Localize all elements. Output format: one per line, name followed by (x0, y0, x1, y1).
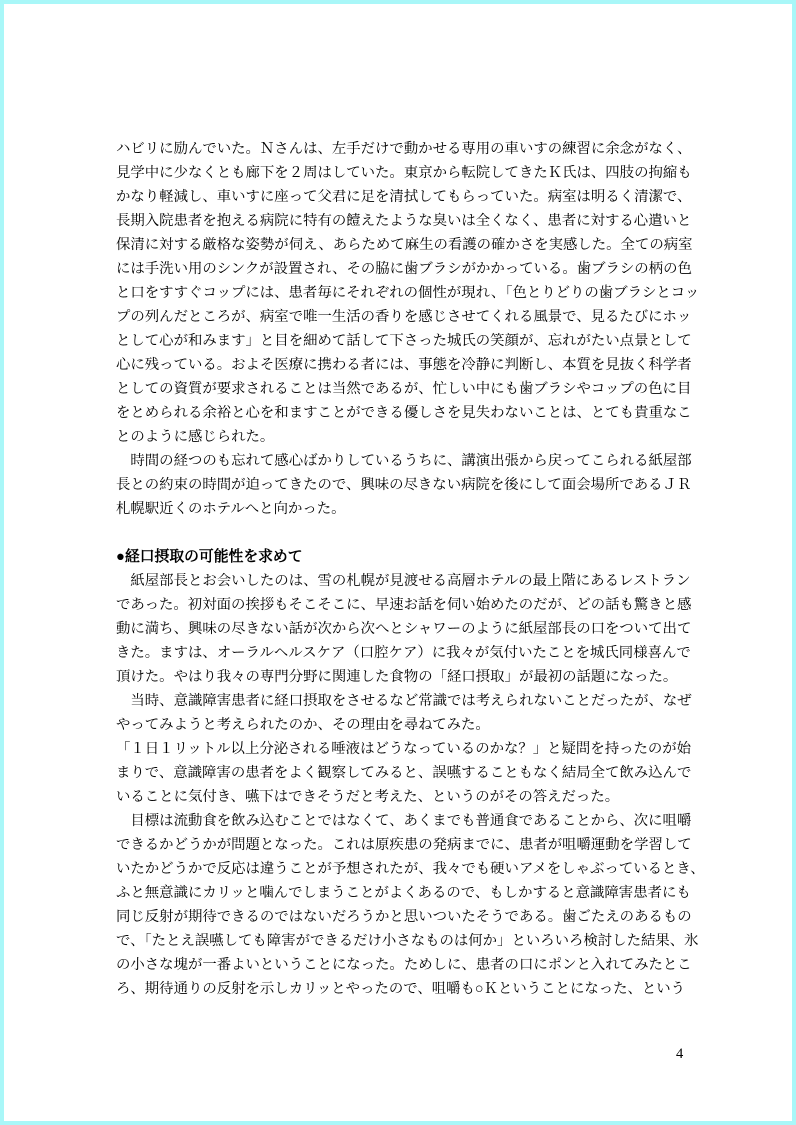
text-line: には手洗い用のシンクが設置され、その脇に歯ブラシがかかっている。歯ブラシの柄の色 (116, 257, 696, 281)
body-text-part1: ハビリに励んでいた。Ｎさんは、左手だけで動かせる専用の車いすの練習に余念がなく、… (116, 137, 696, 521)
section-heading: ●経口摂取の可能性を求めて (116, 545, 696, 569)
blank-line (116, 521, 696, 545)
text-line: 「１日１リットル以上分泌される唾液はどうなっているのかな？」と疑問を持ったのが始 (116, 737, 696, 761)
text-line: 保清に対する厳格な姿勢が伺え、あらためて麻生の看護の確かさを実感した。全ての病室 (116, 233, 696, 257)
text-line: をとめられる余裕と心を和ますことができる優しさを見失わないことは、とても貴重なこ (116, 401, 696, 425)
text-line: ろ、期待通りの反射を示しカリッとやったので、咀嚼も○Ｋということになった、という (116, 977, 696, 1001)
text-line: ハビリに励んでいた。Ｎさんは、左手だけで動かせる専用の車いすの練習に余念がなく、 (116, 137, 696, 161)
text-line: で、「たとえ誤嚥しても障害ができるだけ小さなものは何か」といろいろ検討した結果、… (116, 929, 696, 953)
document-page: ハビリに励んでいた。Ｎさんは、左手だけで動かせる専用の車いすの練習に余念がなく、… (0, 0, 796, 1125)
text-line: いたかどうかで反応は違うことが予想されたが、我々でも硬いアメをしゃぶっているとき… (116, 857, 696, 881)
text-line: ふと無意識にカリッと噛んでしまうことがよくあるので、もしかすると意識障害患者にも (116, 881, 696, 905)
text-line: 時間の経つのも忘れて感心ばかりしているうちに、講演出張から戻ってこられる紙屋部 (116, 449, 696, 473)
text-line: 長期入院患者を抱える病院に特有の饐えたような臭いは全くなく、患者に対する心遣いと (116, 209, 696, 233)
text-line: 動に満ち、興味の尽きない話が次から次へとシャワーのように紙屋部長の口をついて出て (116, 617, 696, 641)
text-line: やってみようと考えられたのか、その理由を尋ねてみた。 (116, 713, 696, 737)
text-line: まりで、意識障害の患者をよく観察してみると、誤嚥することもなく結局全て飲み込んで (116, 761, 696, 785)
text-line: 札幌駅近くのホテルへと向かった。 (116, 497, 696, 521)
text-line: 心に残っている。およそ医療に携わる者には、事態を冷静に判断し、本質を見抜く科学者 (116, 353, 696, 377)
text-line: 当時、意識障害患者に経口摂取をさせるなど常識では考えられないことだったが、なぜ (116, 689, 696, 713)
text-line: いることに気付き、嚥下はできそうだと考えた、というのがその答えだった。 (116, 785, 696, 809)
text-line: とのように感じられた。 (116, 425, 696, 449)
text-line: として心が和みます」と目を細めて話して下さった城氏の笑顔が、忘れがたい点景として (116, 329, 696, 353)
text-line: 頂けた。やはり我々の専門分野に関連した食物の「経口摂取」が最初の話題になった。 (116, 665, 696, 689)
text-line: かなり軽減し、車いすに座って父君に足を清拭してもらっていた。病室は明るく清潔で、 (116, 185, 696, 209)
page-number: 4 (676, 1042, 683, 1066)
text-line: プの列んだところが、病室で唯一生活の香りを感じさせてくれる風景で、見るたびにホッ (116, 305, 696, 329)
text-line: としての資質が要求されることは当然であるが、忙しい中にも歯ブラシやコップの色に目 (116, 377, 696, 401)
text-line: 同じ反射が期待できるのではないだろうかと思いついたそうである。歯ごたえのあるもの (116, 905, 696, 929)
text-line: であった。初対面の挨拶もそこそこに、早速お話を伺い始めたのだが、どの話も驚きと感 (116, 593, 696, 617)
text-line: できるかどうかが問題となった。これは原疾患の発病までに、患者が咀嚼運動を学習して (116, 833, 696, 857)
text-line: きた。ますは、オーラルヘルスケア（口腔ケア）に我々が気付いたことを城氏同様喜んで (116, 641, 696, 665)
text-line: 長との約束の時間が迫ってきたので、興味の尽きない病院を後にして面会場所であるＪＲ (116, 473, 696, 497)
text-line: 紙屋部長とお会いしたのは、雪の札幌が見渡せる高層ホテルの最上階にあるレストラン (116, 569, 696, 593)
text-line: 目標は流動食を飲み込むことではなくて、あくまでも普通食であることから、次に咀嚼 (116, 809, 696, 833)
body-text-part2: 紙屋部長とお会いしたのは、雪の札幌が見渡せる高層ホテルの最上階にあるレストランで… (116, 569, 696, 1001)
text-line: と口をすすぐコップには、患者毎にそれぞれの個性が現れ、「色とりどりの歯ブラシとコ… (116, 281, 696, 305)
text-block: ハビリに励んでいた。Ｎさんは、左手だけで動かせる専用の車いすの練習に余念がなく、… (116, 137, 696, 1001)
text-line: 見学中に少なくとも廊下を２周はしていた。東京から転院してきたＫ氏は、四肢の拘縮も (116, 161, 696, 185)
text-line: の小さな塊が一番よいということになった。ためしに、患者の口にポンと入れてみたとこ (116, 953, 696, 977)
